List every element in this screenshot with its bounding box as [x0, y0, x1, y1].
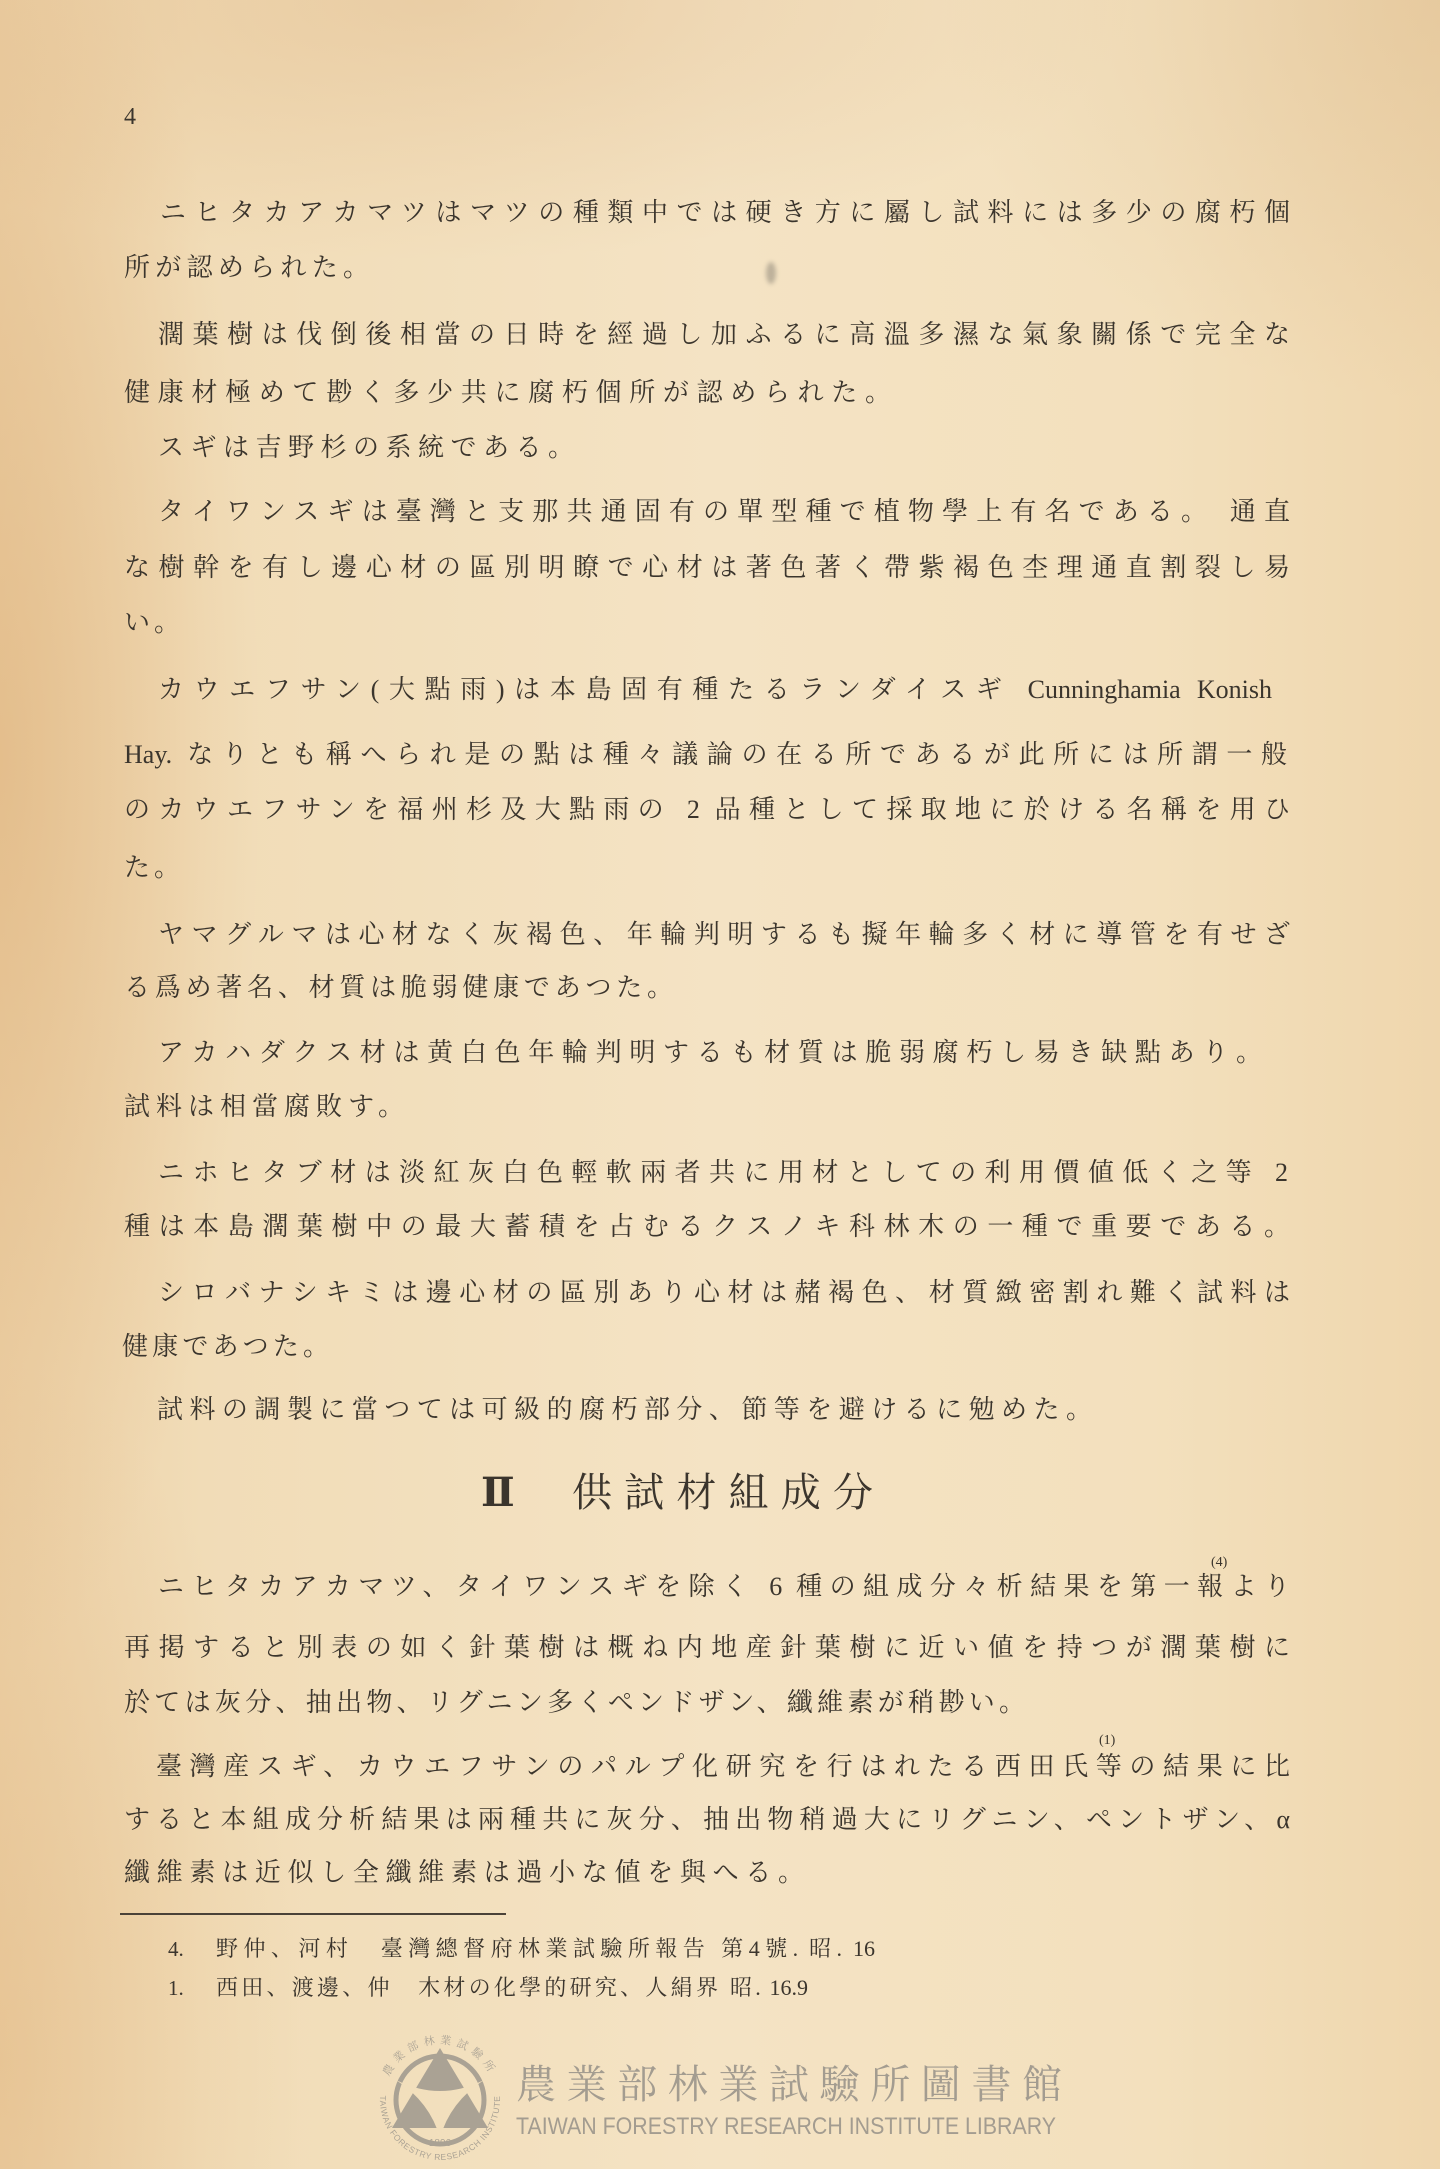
text-line: 健康であつた。	[122, 1331, 329, 1363]
library-seal-icon: 農業部林業試驗所 TAIWAN FORESTRY RESEARCH INSTIT…	[370, 2030, 510, 2169]
scanned-page: 4 ニヒタカアカマツはマツの種類中では硬き方に屬し試料には多少の腐朽個 所が認め…	[0, 0, 1440, 2169]
text-line: 種は本島濶葉樹中の最大蓄積を占むるクスノキ科林木の一種で重要である。	[124, 1211, 1290, 1243]
text-line: 試料は相當腐敗す。	[124, 1091, 404, 1123]
text-line: タイワンスギは臺灣と支那共通固有の單型種で植物學上有名である。 通直	[158, 496, 1290, 528]
text-line: ニヒタカアカマツはマツの種類中では硬き方に屬し試料には多少の腐朽個	[160, 197, 1290, 229]
text-line: カウエフサン(大點雨)は本島固有種たるランダイスギ Cunninghamia K…	[158, 674, 1272, 706]
citation-ref: (1)	[1099, 1734, 1115, 1748]
text-line: のカウエフサンを福州杉及大點雨の 2 品種として採取地に於ける名稱を用ひ	[124, 794, 1290, 826]
text-line: スギは吉野杉の系統である。	[158, 432, 574, 464]
seal-year: 1896	[429, 2138, 452, 2149]
ink-smudge	[766, 262, 776, 284]
citation-ref: (4)	[1211, 1556, 1227, 1570]
text-line: た。	[124, 852, 184, 884]
footnote-text: 野仲、河村 臺灣總督府林業試驗所報告 第4號. 昭. 16	[216, 1936, 875, 1962]
text-line: すると本組成分析結果は兩種共に灰分、抽出物稍過大にリグニン、ペントザン、α	[124, 1804, 1290, 1836]
text-line: る爲め著名、材質は脆弱健康であつた。	[124, 972, 673, 1004]
footnote-text: 西田、渡邊、仲 木材の化學的研究、人絹界 昭. 16.9	[216, 1975, 808, 2001]
text-line: 試料の調製に當つては可級的腐朽部分、節等を避けるに勉めた。	[157, 1394, 1092, 1426]
footnote-divider	[120, 1913, 506, 1915]
text-line: 健康材極めて尠く多少共に腐朽個所が認められた。	[124, 377, 891, 409]
text-line: アカハダクス材は黄白色年輪判明するも材質は脆弱腐朽し易き缺點あり。	[158, 1037, 1262, 1069]
text-line: 濶葉樹は伐倒後相當の日時を經過し加ふるに高溫多濕な氣象關係で完全な	[158, 319, 1290, 351]
text-line: ヤマグルマは心材なく灰褐色、年輪判明するも擬年輪多く材に導管を有せざ	[158, 919, 1290, 951]
footnote-number: 1.	[168, 1975, 184, 2001]
text-line: な樹幹を有し邊心材の區別明瞭で心材は著色著く帶紫褐色杢理通直割裂し易	[124, 552, 1290, 584]
text-line: い。	[124, 607, 184, 639]
text-line: 再掲すると別表の如く針葉樹は概ね内地産針葉樹に近い値を持つが濶葉樹に	[124, 1632, 1290, 1664]
footnote-number: 4.	[168, 1936, 184, 1962]
text-line: 纖維素は近似し全纖維素は過小な値を與へる。	[124, 1857, 804, 1889]
library-name-chinese: 農業部林業試驗所圖書館	[516, 2063, 1062, 2107]
text-line: 臺灣産スギ、カウエフサンのパルプ化研究を行はれたる西田氏等の結果に比	[156, 1751, 1290, 1783]
library-name-english: TAIWAN FORESTRY RESEARCH INSTITUTE LIBRA…	[516, 2113, 1056, 2141]
text-line: Hay. なりとも稱へられ是の點は種々議論の在る所であるが此所には所謂一般	[124, 739, 1287, 771]
text-line: ニヒタカアカマツ、タイワンスギを除く 6 種の組成分々析結果を第一報より	[158, 1571, 1290, 1603]
section-title: 供試材組成分	[572, 1470, 873, 1516]
text-line: 所が認められた。	[124, 252, 369, 284]
page-number: 4	[124, 103, 136, 131]
text-line: シロバナシキミは邊心材の區別あり心材は赭褐色、材質緻密割れ難く試料は	[158, 1277, 1290, 1309]
text-line: ニホヒタブ材は淡紅灰白色輕軟兩者共に用材としての利用價値低く之等 2	[158, 1157, 1288, 1189]
text-line: 於ては灰分、抽出物、リグニン多くペンドザン、纖維素が稍尠い。	[124, 1687, 1025, 1719]
section-numeral: Ⅱ	[481, 1470, 515, 1516]
